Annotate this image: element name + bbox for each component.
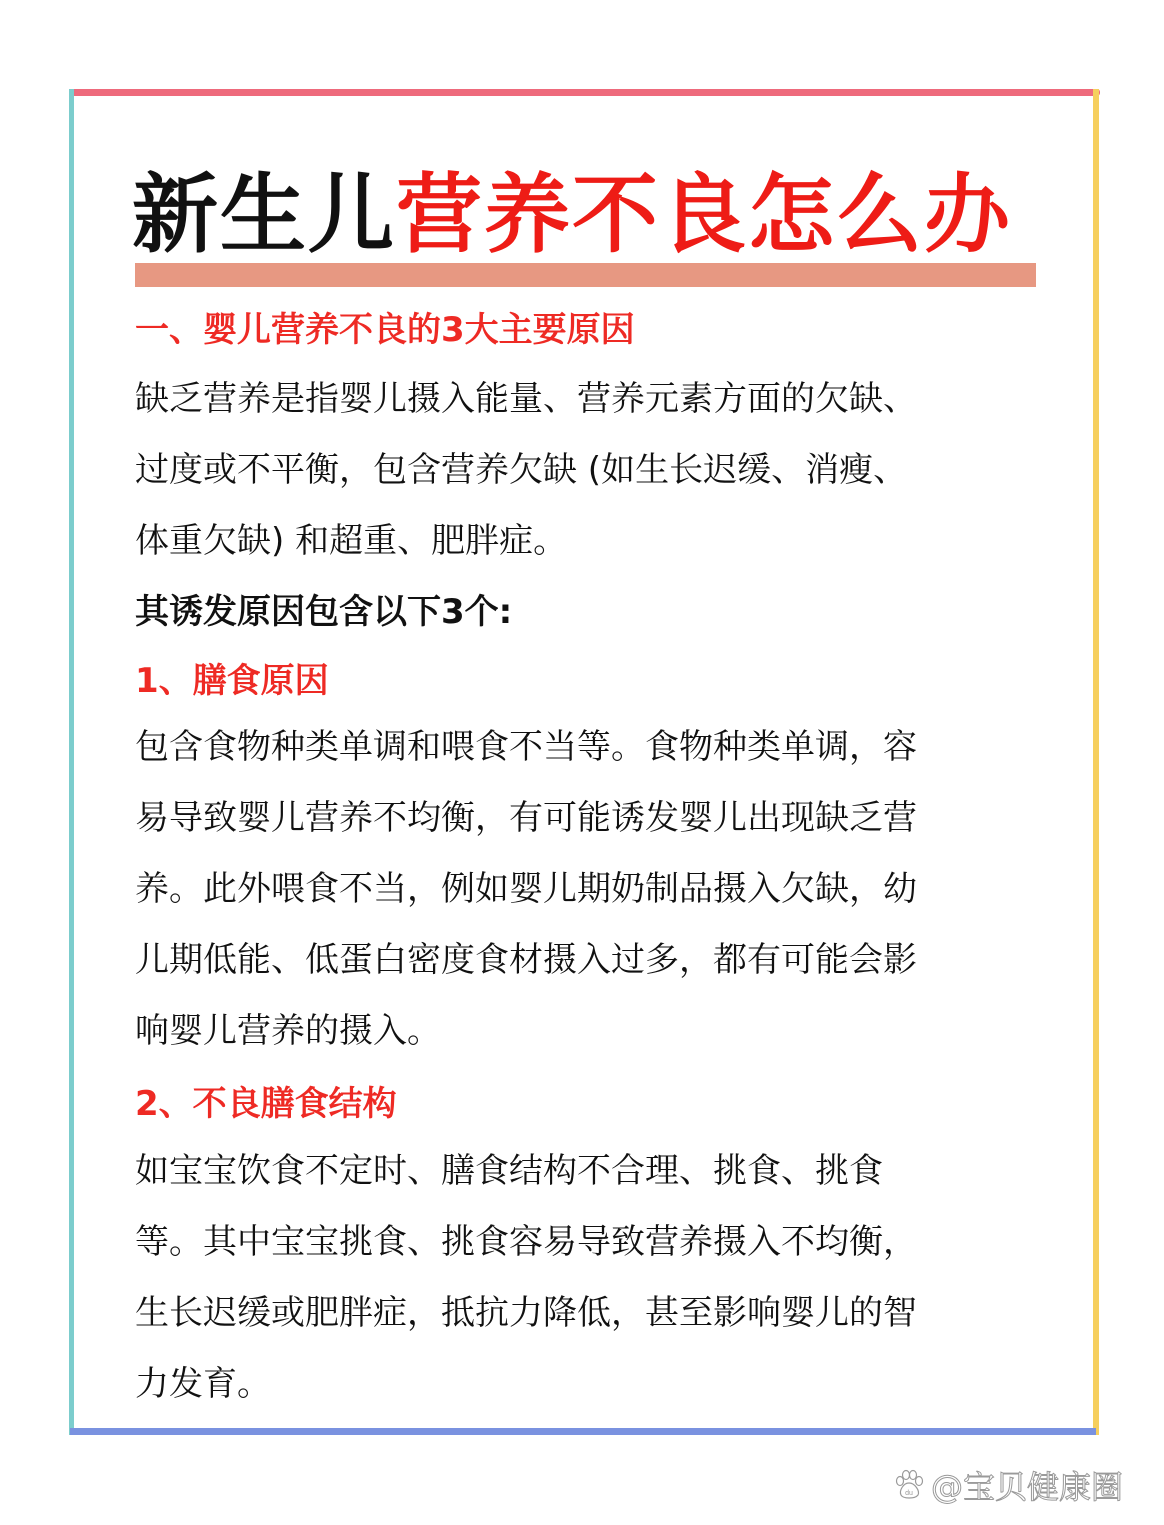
cause1-line: 儿期低能、低蛋白密度食材摄入过多，都有可能会影	[135, 925, 917, 996]
watermark-text: @宝贝健康圈	[931, 1462, 1123, 1508]
section1-body: 缺乏营养是指婴儿摄入能量、营养元素方面的欠缺、 过度或不平衡，包含营养欠缺 (如…	[135, 364, 917, 648]
frame-border-left	[69, 89, 74, 1435]
title-red-part: 营养不良怎么办	[396, 165, 1012, 265]
cause1-line: 包含食物种类单调和喂食不当等。食物种类单调，容	[135, 712, 917, 783]
section1: 一、婴儿营养不良的3大主要原因	[135, 302, 635, 358]
frame-border-top	[70, 89, 1100, 96]
title-underline-bar	[135, 263, 1036, 287]
section1-line: 过度或不平衡，包含营养欠缺 (如生长迟缓、消瘦、	[135, 435, 917, 506]
cause2-heading: 2、不良膳食结构	[135, 1076, 397, 1132]
cause1-line: 养。此外喂食不当，例如婴儿期奶制品摄入欠缺，幼	[135, 854, 917, 925]
section1-line: 缺乏营养是指婴儿摄入能量、营养元素方面的欠缺、	[135, 364, 917, 435]
cause1-line: 响婴儿营养的摄入。	[135, 996, 917, 1067]
cause1: 1、膳食原因	[135, 653, 329, 709]
cause2: 2、不良膳食结构	[135, 1076, 397, 1132]
section1-line: 体重欠缺) 和超重、肥胖症。	[135, 506, 917, 577]
cause2-line: 如宝宝饮食不定时、膳食结构不合理、挑食、挑食	[135, 1136, 917, 1207]
cause2-body: 如宝宝饮食不定时、膳食结构不合理、挑食、挑食 等。其中宝宝挑食、挑食容易导致营养…	[135, 1136, 917, 1420]
frame-border-right	[1093, 89, 1099, 1435]
svg-text:du: du	[905, 1490, 913, 1497]
section1-heading: 一、婴儿营养不良的3大主要原因	[135, 302, 635, 358]
cause1-line: 易导致婴儿营养不均衡，有可能诱发婴儿出现缺乏营	[135, 783, 917, 854]
title-black-part: 新生儿	[132, 165, 396, 265]
cause1-heading: 1、膳食原因	[135, 653, 329, 709]
cause2-line: 生长迟缓或肥胖症，抵抗力降低，甚至影响婴儿的智	[135, 1278, 917, 1349]
frame-border-bottom	[70, 1428, 1096, 1435]
watermark: du @宝贝健康圈	[893, 1462, 1123, 1508]
cause2-line: 力发育。	[135, 1349, 917, 1420]
baidu-paw-icon: du	[893, 1469, 925, 1501]
page-title: 新生儿营养不良怎么办	[132, 165, 1012, 265]
cause2-line: 等。其中宝宝挑食、挑食容易导致营养摄入不均衡，	[135, 1207, 917, 1278]
cause1-body: 包含食物种类单调和喂食不当等。食物种类单调，容 易导致婴儿营养不均衡，有可能诱发…	[135, 712, 917, 1067]
section1-intro: 其诱发原因包含以下3个:	[135, 577, 917, 648]
